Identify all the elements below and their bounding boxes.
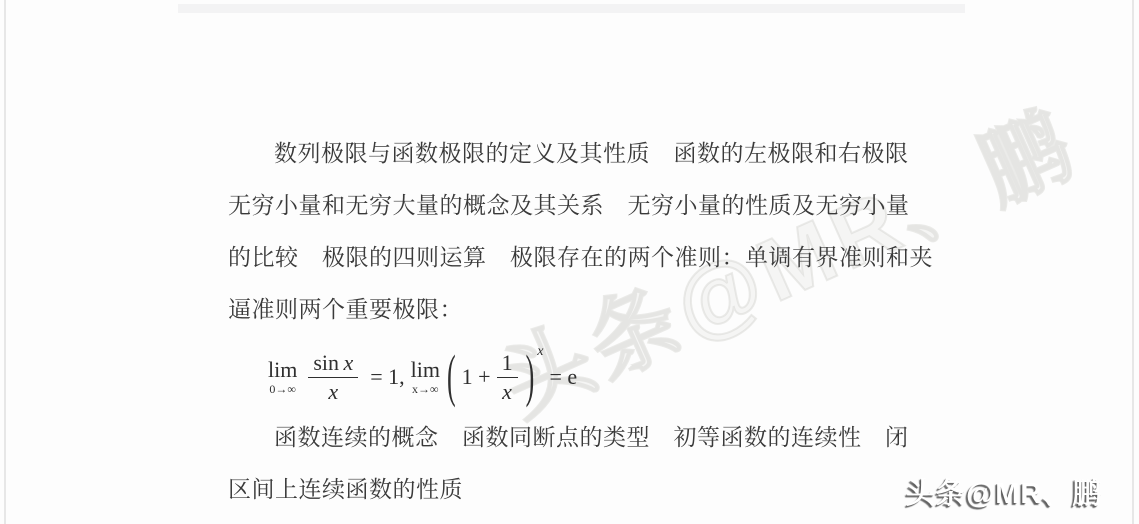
right-edge-line [1132,0,1134,524]
fraction-sinx-over-x: sin x x [308,350,358,404]
limit-operator-1: lim 0→∞ [268,359,297,395]
one-plus: 1 + [462,364,491,390]
limit-operator-2: lim x→∞ [411,359,440,395]
equals-one: = 1, [370,364,404,390]
limit-formula: lim 0→∞ sin x x = 1, lim x→∞ ( 1 + 1 x )… [268,346,583,408]
paragraph-limits: 数列极限与函数极限的定义及其性质 函数的左极限和右极限 无穷小量和无穷大量的概念… [228,134,928,342]
open-paren: ( [447,343,456,411]
text-line-4: 逼准则两个重要极限： [228,290,928,342]
top-gray-strip [178,4,965,13]
paragraph-continuity: 函数连续的概念 函数同断点的类型 初等函数的连续性 闭 区间上连续函数的性质 [228,418,928,522]
text-line-2: 无穷小量和无穷大量的概念及其关系 无穷小量的性质及无穷小量 [228,186,928,238]
fraction-one-over-x: 1 x [497,350,518,404]
text-line-6: 区间上连续函数的性质 [228,470,928,522]
left-edge-line [4,0,6,524]
equals-e: = e [549,364,577,390]
text-line-1: 数列极限与函数极限的定义及其性质 函数的左极限和右极限 [228,134,928,186]
toutiao-author-watermark: 头条@MR、鹏 [906,471,1102,512]
close-paren: ) [526,343,535,411]
text-line-5: 函数连续的概念 函数同断点的类型 初等函数的连续性 闭 [228,418,928,470]
text-line-3: 的比较 极限的四则运算 极限存在的两个准则：单调有界准则和夹 [228,238,928,290]
exponent-x: x [537,344,543,360]
scanned-document-page: 头条@MR、鹏 数列极限与函数极限的定义及其性质 函数的左极限和右极限 无穷小量… [0,0,1139,524]
